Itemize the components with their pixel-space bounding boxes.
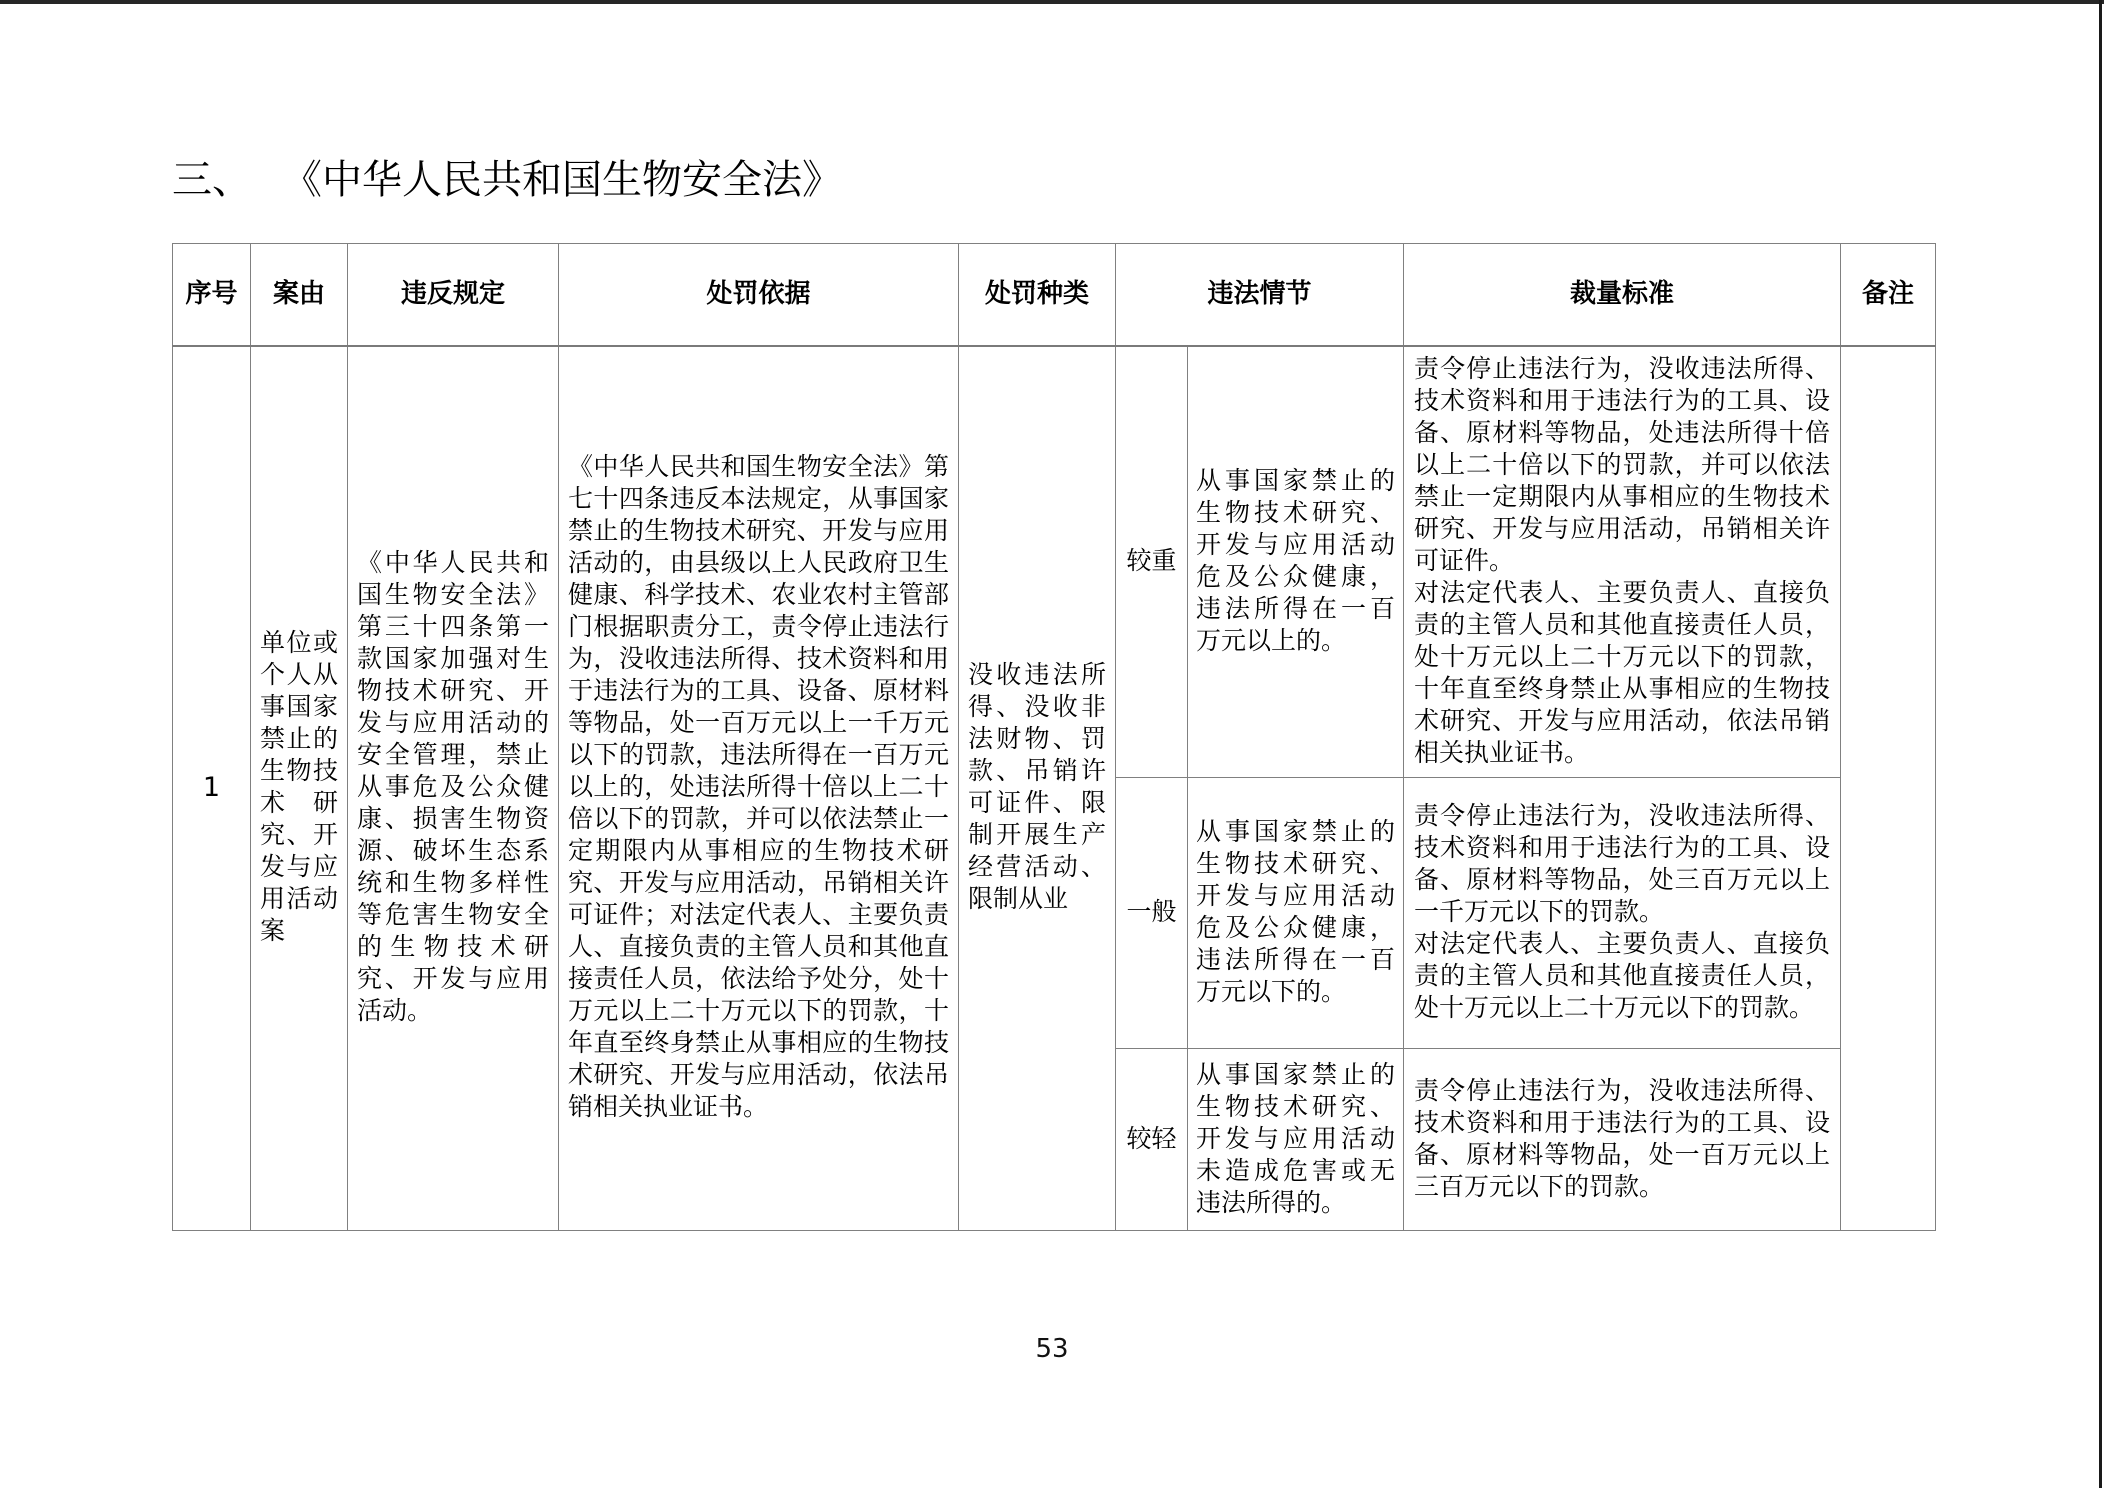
header-violated-provision: 违反规定 <box>348 244 559 346</box>
cell-circumstance-general: 从事国家禁止的生物技术研究、开发与应用活动危及公众健康，违法所得在一百万元以下的… <box>1188 778 1404 1049</box>
cell-index: 1 <box>173 346 251 1231</box>
cell-standard-severe: 责令停止违法行为，没收违法所得、技术资料和用于违法行为的工具、设备、原材料等物品… <box>1404 346 1841 778</box>
cell-standard-minor: 责令停止违法行为，没收违法所得、技术资料和用于违法行为的工具、设备、原材料等物品… <box>1404 1049 1841 1231</box>
header-remarks: 备注 <box>1841 244 1936 346</box>
cell-penalty-types: 没收违法所得、没收非法财物、罚款、吊销许可证件、限制开展生产经营活动、限制从业 <box>959 346 1116 1231</box>
penalty-discretion-table: 序号 案由 违反规定 处罚依据 处罚种类 违法情节 裁量标准 备注 1 单位或个… <box>172 243 1936 1231</box>
page-number: 53 <box>0 1334 2104 1364</box>
header-discretion-standard: 裁量标准 <box>1404 244 1841 346</box>
cell-penalty-basis: 《中华人民共和国生物安全法》第七十四条违反本法规定，从事国家禁止的生物技术研究、… <box>559 346 959 1231</box>
header-case-cause: 案由 <box>251 244 348 346</box>
header-penalty-types: 处罚种类 <box>959 244 1116 346</box>
cell-violated-provision: 《中华人民共和国生物安全法》第三十四条第一款国家加强对生物技术研究、开发与应用活… <box>348 346 559 1231</box>
cell-remarks <box>1841 346 1936 1231</box>
table-row-severe: 1 单位或个人从事国家禁止的生物技术研究、开发与应用活动案 《中华人民共和国生物… <box>173 346 1936 778</box>
header-index: 序号 <box>173 244 251 346</box>
table-header-row: 序号 案由 违反规定 处罚依据 处罚种类 违法情节 裁量标准 备注 <box>173 244 1936 346</box>
header-penalty-basis: 处罚依据 <box>559 244 959 346</box>
title-section-number: 三、 <box>172 157 252 202</box>
cell-standard-general: 责令停止违法行为，没收违法所得、技术资料和用于违法行为的工具、设备、原材料等物品… <box>1404 778 1841 1049</box>
cell-circumstance-minor: 从事国家禁止的生物技术研究、开发与应用活动未造成危害或无违法所得的。 <box>1188 1049 1404 1231</box>
cell-level-minor: 较轻 <box>1116 1049 1188 1231</box>
cell-level-general: 一般 <box>1116 778 1188 1049</box>
cell-circumstance-severe: 从事国家禁止的生物技术研究、开发与应用活动危及公众健康，违法所得在一百万元以上的… <box>1188 346 1404 778</box>
page-edge-top <box>0 0 2104 4</box>
header-violation-circumstances: 违法情节 <box>1116 244 1404 346</box>
page-title: 三、《中华人民共和国生物安全法》 <box>172 150 842 210</box>
title-law-name: 《中华人民共和国生物安全法》 <box>302 157 842 202</box>
cell-level-severe: 较重 <box>1116 346 1188 778</box>
cell-case-cause: 单位或个人从事国家禁止的生物技术研究、开发与应用活动案 <box>251 346 348 1231</box>
page-edge-right <box>2099 0 2102 1488</box>
